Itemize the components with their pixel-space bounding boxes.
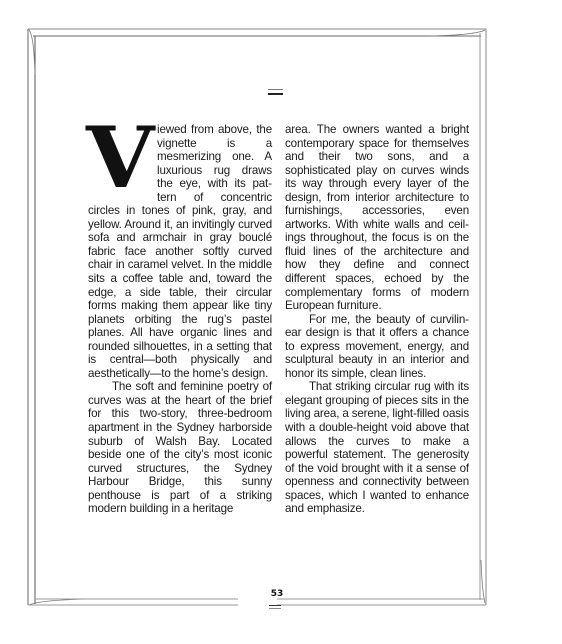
article-paragraph-5: That striking circular rug with its eleg…	[285, 380, 469, 515]
page-number: 53	[252, 589, 302, 599]
article-paragraph-1: Viewed from above, the vignette is a mes…	[88, 123, 272, 380]
page-frame-border	[0, 0, 562, 644]
ornament-rule-thick	[268, 93, 283, 95]
drop-cap: V	[86, 126, 154, 192]
article-paragraph-2: The soft and feminine poetry of curves w…	[88, 380, 272, 515]
page-number-rule-bottom	[269, 608, 281, 609]
article-paragraph-4: For me, the beauty of curvilin­ear desig…	[285, 313, 469, 381]
article-column-right: area. The owners wanted a bright contemp…	[285, 123, 469, 516]
ornament-rule-thin	[268, 89, 283, 90]
article-column-left: Viewed from above, the vignette is a mes…	[88, 123, 272, 516]
header-double-rule-ornament	[268, 89, 283, 96]
article-paragraph-3: area. The owners wanted a bright contemp…	[285, 123, 469, 313]
page-number-rule-top	[269, 605, 281, 606]
page-number-double-rule	[269, 605, 281, 609]
